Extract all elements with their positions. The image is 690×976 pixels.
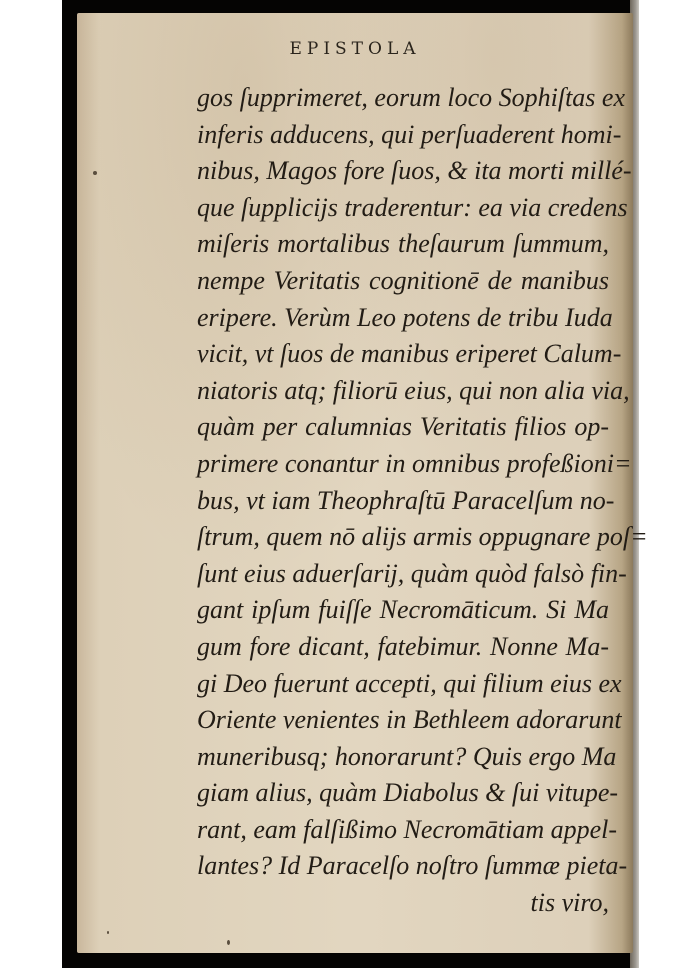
- text-line-catchword: tis viro,: [197, 885, 609, 922]
- ink-speck: [107, 931, 109, 934]
- text-line: giam alius, quàm Diabolus & ſui vitupe-: [197, 775, 609, 812]
- text-line: lantes? Id Paracelſo noſtro ſummæ pieta-: [197, 848, 609, 885]
- ink-speck: [93, 171, 97, 175]
- text-line: quàm per calumnias Veritatis filios op-: [197, 409, 609, 446]
- text-line: que ſupplicijs traderentur: ea via crede…: [197, 190, 609, 227]
- text-line: Oriente venientes in Bethleem adorarunt: [197, 702, 609, 739]
- text-line: ſunt eius aduerſarij, quàm quòd falsò fi…: [197, 556, 609, 593]
- text-line: ſtrum, quem nō alijs armis oppugnare poſ…: [197, 519, 609, 556]
- text-line: gi Deo fuerunt accepti, qui filium eius …: [197, 666, 609, 703]
- text-line: miſeris mortalibus theſaurum ſummum,: [197, 226, 609, 263]
- text-line: bus, vt iam Theophraſtū Paracelſum no-: [197, 483, 609, 520]
- running-head: EPISTOLA: [77, 39, 633, 59]
- text-line: vicit, vt ſuos de manibus eriperet Calum…: [197, 336, 609, 373]
- body-text: gos ſupprimeret, eorum loco Sophiſtas ex…: [197, 80, 609, 922]
- text-line: niatoris atq; filiorū eius, qui non alia…: [197, 373, 609, 410]
- text-line: gant ipſum fuiſſe Necromāticum. Si Ma: [197, 592, 609, 629]
- text-line: gum fore dicant, fatebimur. Nonne Ma-: [197, 629, 609, 666]
- text-line: muneribusq; honorarunt? Quis ergo Ma: [197, 739, 609, 776]
- text-line: eripere. Verùm Leo potens de tribu Iuda: [197, 300, 609, 337]
- text-line: rant, eam falſißimo Necromātiam appel-: [197, 812, 609, 849]
- text-line: nibus, Magos fore ſuos, & ita morti mill…: [197, 153, 609, 190]
- text-line: inferis adducens, qui perſuaderent homi-: [197, 117, 609, 154]
- text-line: gos ſupprimeret, eorum loco Sophiſtas ex: [197, 80, 609, 117]
- ink-speck: [227, 940, 230, 945]
- text-line: primere conantur in omnibus profeßioni=: [197, 446, 609, 483]
- text-line: nempe Veritatis cognitionē de manibus: [197, 263, 609, 300]
